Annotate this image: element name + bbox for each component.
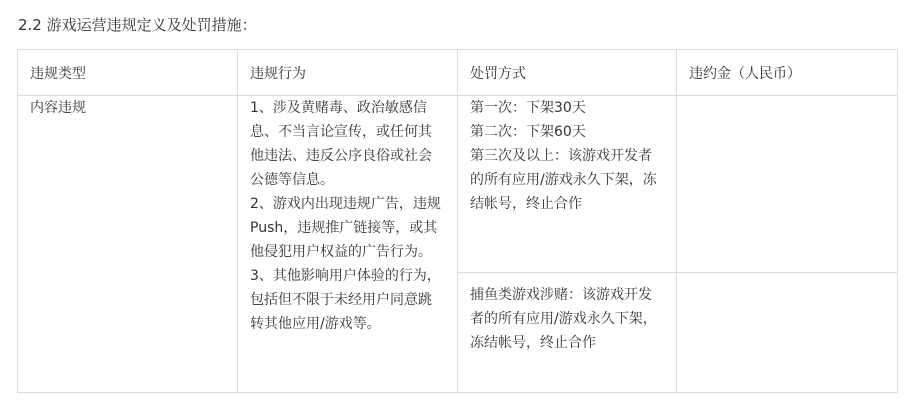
penalty-method-cell: 捕鱼类游戏涉赌：该游戏开发者的所有应用/游戏永久下架，冻结帐号，终止合作 (458, 273, 677, 393)
table-header-row: 违规类型 违规行为 处罚方式 违约金（人民币） (18, 50, 898, 96)
violation-behavior-cell: 1、涉及黄赌毒、政治敏感信息、不当言论宣传，或任何其他违法、违反公序良俗或社会公… (238, 96, 458, 393)
fine-cell (677, 273, 898, 393)
violation-type-text: 内容违规 (30, 96, 225, 120)
penalty-method-cell: 第一次：下架30天 第二次：下架60天 第三次及以上：该游戏开发者的所有应用/游… (458, 96, 677, 273)
header-fine-rmb: 违约金（人民币） (677, 50, 898, 96)
violation-behavior-text: 1、涉及黄赌毒、政治敏感信息、不当言论宣传，或任何其他违法、违反公序良俗或社会公… (250, 96, 445, 336)
violation-type-cell: 内容违规 (18, 96, 238, 393)
header-violation-type: 违规类型 (18, 50, 238, 96)
violation-penalty-table: 违规类型 违规行为 处罚方式 违约金（人民币） 内容违规 1、涉及黄赌毒、政治敏… (17, 49, 898, 393)
penalty-method-text: 第一次：下架30天 第二次：下架60天 第三次及以上：该游戏开发者的所有应用/游… (470, 96, 664, 216)
penalty-method-text: 捕鱼类游戏涉赌：该游戏开发者的所有应用/游戏永久下架，冻结帐号，终止合作 (470, 283, 664, 355)
header-penalty-method: 处罚方式 (458, 50, 677, 96)
table-row: 内容违规 1、涉及黄赌毒、政治敏感信息、不当言论宣传，或任何其他违法、违反公序良… (18, 96, 898, 273)
fine-cell (677, 96, 898, 273)
header-violation-behavior: 违规行为 (238, 50, 458, 96)
section-title: 2.2 游戏运营违规定义及处罚措施： (18, 14, 257, 36)
